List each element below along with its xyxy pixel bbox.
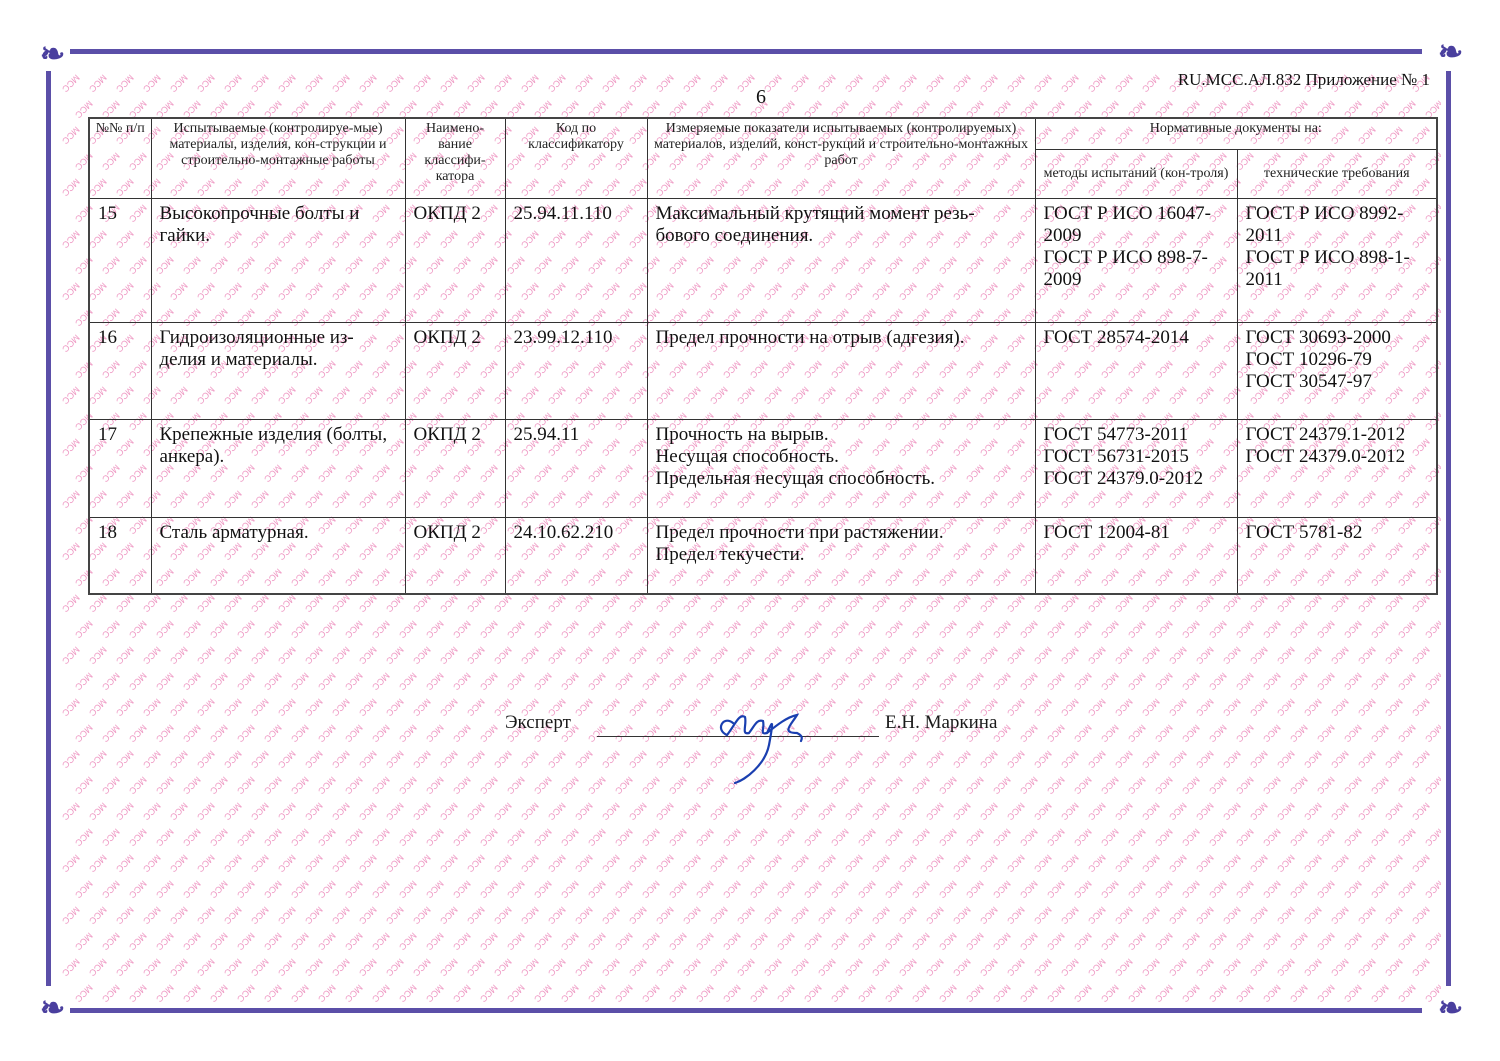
svg-text:МСС: МСС <box>829 931 851 953</box>
cell-line: ГОСТ 5781-82 <box>1246 522 1429 544</box>
svg-text:МСС: МСС <box>505 983 527 1003</box>
svg-text:МСС: МСС <box>303 853 325 875</box>
svg-text:МСС: МСС <box>1126 879 1148 901</box>
svg-text:МСС: МСС <box>465 905 487 927</box>
svg-text:МСС: МСС <box>411 905 433 927</box>
svg-text:МСС: МСС <box>1234 619 1256 641</box>
svg-text:МСС: МСС <box>357 749 379 771</box>
svg-text:МСС: МСС <box>883 983 905 1003</box>
svg-text:МСС: МСС <box>465 645 487 667</box>
svg-text:МСС: МСС <box>1369 827 1391 849</box>
svg-text:МСС: МСС <box>627 801 649 823</box>
svg-text:МСС: МСС <box>357 801 379 823</box>
svg-text:МСС: МСС <box>316 775 338 797</box>
svg-text:МСС: МСС <box>532 827 554 849</box>
svg-text:МСС: МСС <box>559 931 581 953</box>
svg-text:МСС: МСС <box>60 385 82 407</box>
svg-text:МСС: МСС <box>978 645 1000 667</box>
svg-text:МСС: МСС <box>87 697 109 719</box>
svg-text:МСС: МСС <box>1059 905 1081 927</box>
svg-text:МСС: МСС <box>1126 931 1148 953</box>
svg-text:МСС: МСС <box>1018 619 1040 641</box>
svg-text:МСС: МСС <box>816 853 838 875</box>
svg-text:МСС: МСС <box>195 853 217 875</box>
svg-text:МСС: МСС <box>60 801 82 823</box>
svg-text:МСС: МСС <box>316 931 338 953</box>
svg-text:МСС: МСС <box>168 697 190 719</box>
svg-text:МСС: МСС <box>168 853 190 875</box>
svg-text:МСС: МСС <box>1356 801 1378 823</box>
svg-text:МСС: МСС <box>897 801 919 823</box>
svg-text:МСС: МСС <box>249 957 271 979</box>
svg-text:МСС: МСС <box>870 801 892 823</box>
svg-text:МСС: МСС <box>141 801 163 823</box>
svg-text:МСС: МСС <box>721 619 743 641</box>
corner-ornament-icon: ❧ <box>1438 38 1463 68</box>
svg-text:МСС: МСС <box>1140 73 1162 95</box>
svg-text:МСС: МСС <box>1045 931 1067 953</box>
svg-text:МСС: МСС <box>1221 593 1243 615</box>
svg-text:МСС: МСС <box>1288 619 1310 641</box>
table-row: 16Гидроизоляционные из-делия и материалы… <box>89 323 1437 420</box>
svg-text:МСС: МСС <box>1302 957 1324 979</box>
svg-text:МСС: МСС <box>168 749 190 771</box>
svg-text:МСС: МСС <box>384 593 406 615</box>
svg-text:МСС: МСС <box>1261 723 1283 745</box>
svg-text:МСС: МСС <box>73 827 95 849</box>
svg-text:МСС: МСС <box>1315 775 1337 797</box>
svg-text:МСС: МСС <box>141 853 163 875</box>
svg-text:МСС: МСС <box>721 879 743 901</box>
svg-text:МСС: МСС <box>343 671 365 693</box>
svg-text:МСС: МСС <box>1086 853 1108 875</box>
svg-text:МСС: МСС <box>1180 775 1202 797</box>
svg-text:МСС: МСС <box>843 905 865 927</box>
svg-text:МСС: МСС <box>1275 853 1297 875</box>
svg-text:МСС: МСС <box>60 957 82 979</box>
svg-text:МСС: МСС <box>1234 723 1256 745</box>
svg-text:МСС: МСС <box>991 879 1013 901</box>
svg-text:МСС: МСС <box>1180 983 1202 1003</box>
svg-text:МСС: МСС <box>627 645 649 667</box>
svg-text:МСС: МСС <box>276 957 298 979</box>
svg-text:МСС: МСС <box>667 879 689 901</box>
svg-text:МСС: МСС <box>910 879 932 901</box>
svg-text:МСС: МСС <box>573 801 595 823</box>
svg-text:МСС: МСС <box>1207 879 1229 901</box>
svg-text:МСС: МСС <box>1207 827 1229 849</box>
svg-text:МСС: МСС <box>370 723 392 745</box>
svg-text:МСС: МСС <box>330 801 352 823</box>
svg-text:МСС: МСС <box>1221 645 1243 667</box>
svg-text:МСС: МСС <box>978 957 1000 979</box>
svg-text:МСС: МСС <box>1126 619 1148 641</box>
svg-text:МСС: МСС <box>100 775 122 797</box>
svg-text:МСС: МСС <box>924 801 946 823</box>
svg-text:МСС: МСС <box>654 801 676 823</box>
svg-text:МСС: МСС <box>1356 905 1378 927</box>
svg-text:МСС: МСС <box>1369 931 1391 953</box>
svg-text:МСС: МСС <box>1153 931 1175 953</box>
svg-text:МСС: МСС <box>802 671 824 693</box>
row-classifier-name: ОКПД 2 <box>405 199 505 323</box>
svg-text:МСС: МСС <box>100 983 122 1003</box>
svg-text:МСС: МСС <box>1315 827 1337 849</box>
svg-text:МСС: МСС <box>1356 593 1378 615</box>
svg-text:МСС: МСС <box>451 827 473 849</box>
svg-text:МСС: МСС <box>330 749 352 771</box>
row-classifier-code: 23.99.12.110 <box>505 323 647 420</box>
svg-text:МСС: МСС <box>721 983 743 1003</box>
frame-border-left <box>46 71 51 986</box>
svg-text:МСС: МСС <box>1248 593 1270 615</box>
svg-text:МСС: МСС <box>951 853 973 875</box>
svg-text:МСС: МСС <box>1167 593 1189 615</box>
svg-text:МСС: МСС <box>735 905 757 927</box>
svg-text:МСС: МСС <box>289 671 311 693</box>
svg-text:МСС: МСС <box>573 957 595 979</box>
svg-text:МСС: МСС <box>1329 905 1351 927</box>
svg-text:МСС: МСС <box>1018 827 1040 849</box>
svg-text:МСС: МСС <box>1126 775 1148 797</box>
svg-text:МСС: МСС <box>195 905 217 927</box>
svg-text:МСС: МСС <box>195 957 217 979</box>
svg-text:МСС: МСС <box>303 905 325 927</box>
svg-text:МСС: МСС <box>654 593 676 615</box>
svg-text:МСС: МСС <box>1005 645 1027 667</box>
svg-text:МСС: МСС <box>114 957 136 979</box>
svg-text:МСС: МСС <box>613 671 635 693</box>
svg-text:МСС: МСС <box>289 775 311 797</box>
svg-text:МСС: МСС <box>1383 645 1405 667</box>
header-norm-docs: Нормативные документы на: <box>1035 118 1437 150</box>
svg-text:МСС: МСС <box>1315 619 1337 641</box>
svg-text:МСС: МСС <box>370 983 392 1003</box>
svg-text:МСС: МСС <box>1086 645 1108 667</box>
svg-text:МСС: МСС <box>654 957 676 979</box>
svg-text:МСС: МСС <box>1072 775 1094 797</box>
svg-text:МСС: МСС <box>1113 801 1135 823</box>
svg-text:МСС: МСС <box>600 905 622 927</box>
svg-text:МСС: МСС <box>748 827 770 849</box>
svg-text:МСС: МСС <box>1221 905 1243 927</box>
svg-text:МСС: МСС <box>1329 593 1351 615</box>
svg-text:МСС: МСС <box>60 333 82 355</box>
svg-text:МСС: МСС <box>924 73 946 95</box>
svg-text:МСС: МСС <box>1356 957 1378 979</box>
svg-text:МСС: МСС <box>1423 671 1441 693</box>
svg-text:МСС: МСС <box>438 957 460 979</box>
svg-text:МСС: МСС <box>87 749 109 771</box>
accreditation-scope-table: №№ п/п Испытываемые (контролируе-мые) ма… <box>88 117 1438 595</box>
svg-text:МСС: МСС <box>1288 879 1310 901</box>
svg-text:МСС: МСС <box>1396 723 1418 745</box>
svg-text:МСС: МСС <box>222 697 244 719</box>
svg-text:МСС: МСС <box>154 619 176 641</box>
svg-text:МСС: МСС <box>168 593 190 615</box>
cell-line: ГОСТ 54773-2011 <box>1044 424 1229 446</box>
svg-text:МСС: МСС <box>924 645 946 667</box>
svg-text:МСС: МСС <box>789 593 811 615</box>
svg-text:МСС: МСС <box>856 671 878 693</box>
row-indicators: Максимальный крутящий момент резь-бового… <box>647 199 1035 323</box>
svg-text:МСС: МСС <box>640 671 662 693</box>
svg-text:МСС: МСС <box>1180 723 1202 745</box>
svg-text:МСС: МСС <box>883 931 905 953</box>
svg-text:МСС: МСС <box>640 983 662 1003</box>
svg-text:МСС: МСС <box>154 879 176 901</box>
svg-text:МСС: МСС <box>654 645 676 667</box>
svg-text:МСС: МСС <box>276 749 298 771</box>
svg-text:МСС: МСС <box>532 879 554 901</box>
header-classifier-code: Код по классификатору <box>505 118 647 199</box>
svg-text:МСС: МСС <box>451 671 473 693</box>
svg-text:МСС: МСС <box>384 957 406 979</box>
svg-text:МСС: МСС <box>789 645 811 667</box>
svg-text:МСС: МСС <box>60 853 82 875</box>
svg-text:МСС: МСС <box>748 983 770 1003</box>
svg-text:МСС: МСС <box>1221 801 1243 823</box>
svg-text:МСС: МСС <box>1113 853 1135 875</box>
svg-text:МСС: МСС <box>816 645 838 667</box>
svg-text:МСС: МСС <box>964 671 986 693</box>
svg-text:МСС: МСС <box>897 853 919 875</box>
cell-line: Предельная несущая способность. <box>656 468 1027 490</box>
svg-text:МСС: МСС <box>546 73 568 95</box>
svg-text:МСС: МСС <box>478 723 500 745</box>
svg-text:МСС: МСС <box>208 619 230 641</box>
header-item: Испытываемые (контролируе-мые) материалы… <box>151 118 405 199</box>
svg-text:МСС: МСС <box>235 723 257 745</box>
page-number: 6 <box>756 86 766 109</box>
svg-text:МСС: МСС <box>208 723 230 745</box>
row-classifier-code: 25.94.11.110 <box>505 199 647 323</box>
svg-text:МСС: МСС <box>262 879 284 901</box>
svg-text:МСС: МСС <box>451 931 473 953</box>
svg-text:МСС: МСС <box>100 671 122 693</box>
svg-text:МСС: МСС <box>910 827 932 849</box>
svg-text:МСС: МСС <box>127 931 149 953</box>
svg-text:МСС: МСС <box>964 931 986 953</box>
svg-text:МСС: МСС <box>411 801 433 823</box>
svg-text:МСС: МСС <box>1248 957 1270 979</box>
svg-text:МСС: МСС <box>546 905 568 927</box>
table-row: 15Высокопрочные болты и гайки.ОКПД 225.9… <box>89 199 1437 323</box>
svg-text:МСС: МСС <box>1099 671 1121 693</box>
svg-text:МСС: МСС <box>289 827 311 849</box>
svg-text:МСС: МСС <box>330 593 352 615</box>
svg-text:МСС: МСС <box>492 73 514 95</box>
svg-text:МСС: МСС <box>748 619 770 641</box>
svg-text:МСС: МСС <box>1275 749 1297 771</box>
svg-text:МСС: МСС <box>789 957 811 979</box>
svg-text:МСС: МСС <box>1059 593 1081 615</box>
svg-text:МСС: МСС <box>978 853 1000 875</box>
svg-text:МСС: МСС <box>1180 931 1202 953</box>
svg-text:МСС: МСС <box>100 723 122 745</box>
svg-text:МСС: МСС <box>1059 697 1081 719</box>
svg-text:МСС: МСС <box>1396 983 1418 1003</box>
svg-text:МСС: МСС <box>951 957 973 979</box>
svg-text:МСС: МСС <box>1072 983 1094 1003</box>
svg-text:МСС: МСС <box>1032 905 1054 927</box>
row-test-methods: ГОСТ 54773-2011ГОСТ 56731-2015ГОСТ 24379… <box>1035 420 1237 518</box>
svg-text:МСС: МСС <box>397 983 419 1003</box>
row-classifier-name: ОКПД 2 <box>405 518 505 594</box>
svg-text:МСС: МСС <box>1423 723 1441 745</box>
svg-text:МСС: МСС <box>60 437 82 459</box>
svg-text:МСС: МСС <box>762 905 784 927</box>
svg-text:МСС: МСС <box>1086 73 1108 95</box>
svg-text:МСС: МСС <box>60 125 82 147</box>
svg-text:МСС: МСС <box>1153 827 1175 849</box>
svg-text:МСС: МСС <box>1248 645 1270 667</box>
svg-text:МСС: МСС <box>73 723 95 745</box>
svg-text:МСС: МСС <box>1018 931 1040 953</box>
svg-text:МСС: МСС <box>681 905 703 927</box>
svg-text:МСС: МСС <box>208 879 230 901</box>
svg-text:МСС: МСС <box>883 671 905 693</box>
svg-text:МСС: МСС <box>1086 957 1108 979</box>
svg-text:МСС: МСС <box>883 879 905 901</box>
svg-text:МСС: МСС <box>978 73 1000 95</box>
svg-text:МСС: МСС <box>937 827 959 849</box>
svg-text:МСС: МСС <box>343 723 365 745</box>
svg-text:МСС: МСС <box>1410 697 1432 719</box>
svg-text:МСС: МСС <box>802 879 824 901</box>
svg-text:МСС: МСС <box>1140 697 1162 719</box>
svg-text:МСС: МСС <box>870 905 892 927</box>
svg-text:МСС: МСС <box>397 619 419 641</box>
svg-text:МСС: МСС <box>100 619 122 641</box>
svg-text:МСС: МСС <box>438 853 460 875</box>
svg-text:МСС: МСС <box>1153 983 1175 1003</box>
svg-text:МСС: МСС <box>600 957 622 979</box>
svg-text:МСС: МСС <box>1194 749 1216 771</box>
svg-text:МСС: МСС <box>1126 827 1148 849</box>
svg-text:МСС: МСС <box>1099 619 1121 641</box>
svg-text:МСС: МСС <box>73 671 95 693</box>
svg-text:МСС: МСС <box>1356 697 1378 719</box>
svg-text:МСС: МСС <box>330 957 352 979</box>
svg-text:МСС: МСС <box>1234 931 1256 953</box>
svg-text:МСС: МСС <box>762 801 784 823</box>
svg-text:МСС: МСС <box>654 73 676 95</box>
svg-text:МСС: МСС <box>1059 801 1081 823</box>
svg-text:МСС: МСС <box>1086 593 1108 615</box>
svg-text:МСС: МСС <box>411 697 433 719</box>
svg-text:МСС: МСС <box>964 619 986 641</box>
svg-text:МСС: МСС <box>357 645 379 667</box>
svg-text:МСС: МСС <box>1261 775 1283 797</box>
svg-text:МСС: МСС <box>964 827 986 849</box>
svg-text:МСС: МСС <box>249 905 271 927</box>
svg-text:МСС: МСС <box>1423 619 1441 641</box>
row-classifier-name: ОКПД 2 <box>405 323 505 420</box>
svg-text:МСС: МСС <box>1383 801 1405 823</box>
svg-text:МСС: МСС <box>222 853 244 875</box>
svg-text:МСС: МСС <box>1099 879 1121 901</box>
svg-text:МСС: МСС <box>1140 801 1162 823</box>
svg-text:МСС: МСС <box>964 983 986 1003</box>
svg-text:МСС: МСС <box>829 879 851 901</box>
svg-text:МСС: МСС <box>640 827 662 849</box>
svg-text:МСС: МСС <box>424 827 446 849</box>
svg-text:МСС: МСС <box>1194 905 1216 927</box>
svg-text:МСС: МСС <box>343 619 365 641</box>
svg-text:МСС: МСС <box>1113 749 1135 771</box>
svg-text:МСС: МСС <box>1045 671 1067 693</box>
svg-text:МСС: МСС <box>1302 905 1324 927</box>
svg-text:МСС: МСС <box>1059 645 1081 667</box>
row-number: 17 <box>89 420 151 518</box>
row-classifier-code: 25.94.11 <box>505 420 647 518</box>
svg-text:МСС: МСС <box>411 593 433 615</box>
svg-text:МСС: МСС <box>1113 957 1135 979</box>
svg-text:МСС: МСС <box>181 879 203 901</box>
svg-text:МСС: МСС <box>289 723 311 745</box>
svg-text:МСС: МСС <box>276 853 298 875</box>
svg-text:МСС: МСС <box>262 775 284 797</box>
svg-text:МСС: МСС <box>883 827 905 849</box>
svg-text:МСС: МСС <box>1126 983 1148 1003</box>
svg-text:МСС: МСС <box>87 905 109 927</box>
svg-text:МСС: МСС <box>492 593 514 615</box>
svg-text:МСС: МСС <box>735 645 757 667</box>
svg-text:МСС: МСС <box>1194 697 1216 719</box>
table-row: 18Сталь арматурная.ОКПД 224.10.62.210Пре… <box>89 518 1437 594</box>
svg-text:МСС: МСС <box>1018 671 1040 693</box>
svg-text:МСС: МСС <box>60 541 82 563</box>
svg-text:МСС: МСС <box>505 931 527 953</box>
svg-text:МСС: МСС <box>775 983 797 1003</box>
svg-text:МСС: МСС <box>100 931 122 953</box>
svg-text:МСС: МСС <box>1032 853 1054 875</box>
svg-text:МСС: МСС <box>114 73 136 95</box>
svg-text:МСС: МСС <box>127 671 149 693</box>
svg-text:МСС: МСС <box>1275 645 1297 667</box>
svg-text:МСС: МСС <box>357 905 379 927</box>
svg-text:МСС: МСС <box>181 983 203 1003</box>
svg-text:МСС: МСС <box>573 73 595 95</box>
svg-text:МСС: МСС <box>289 619 311 641</box>
cell-line: ГОСТ Р ИСО 898-1-2011 <box>1246 247 1429 291</box>
cell-line: Прочность на вырыв. <box>656 424 1027 446</box>
svg-text:МСС: МСС <box>60 593 82 615</box>
svg-text:МСС: МСС <box>1180 827 1202 849</box>
svg-text:МСС: МСС <box>87 645 109 667</box>
svg-text:МСС: МСС <box>1248 697 1270 719</box>
svg-text:МСС: МСС <box>303 593 325 615</box>
svg-text:МСС: МСС <box>1342 983 1364 1003</box>
row-indicators: Прочность на вырыв.Несущая способность.П… <box>647 420 1035 518</box>
svg-text:МСС: МСС <box>627 73 649 95</box>
row-tech-requirements: ГОСТ 5781-82 <box>1237 518 1437 594</box>
svg-text:МСС: МСС <box>1423 827 1441 849</box>
svg-text:МСС: МСС <box>802 983 824 1003</box>
svg-text:МСС: МСС <box>1072 879 1094 901</box>
svg-text:МСС: МСС <box>1396 775 1418 797</box>
svg-text:МСС: МСС <box>708 957 730 979</box>
cell-line: ГОСТ Р ИСО 16047-2009 <box>1044 203 1229 247</box>
svg-text:МСС: МСС <box>1059 749 1081 771</box>
svg-text:МСС: МСС <box>1329 749 1351 771</box>
svg-text:МСС: МСС <box>127 619 149 641</box>
svg-text:МСС: МСС <box>600 593 622 615</box>
svg-text:МСС: МСС <box>951 801 973 823</box>
svg-text:МСС: МСС <box>1059 957 1081 979</box>
row-indicators: Предел прочности при растяжении.Предел т… <box>647 518 1035 594</box>
